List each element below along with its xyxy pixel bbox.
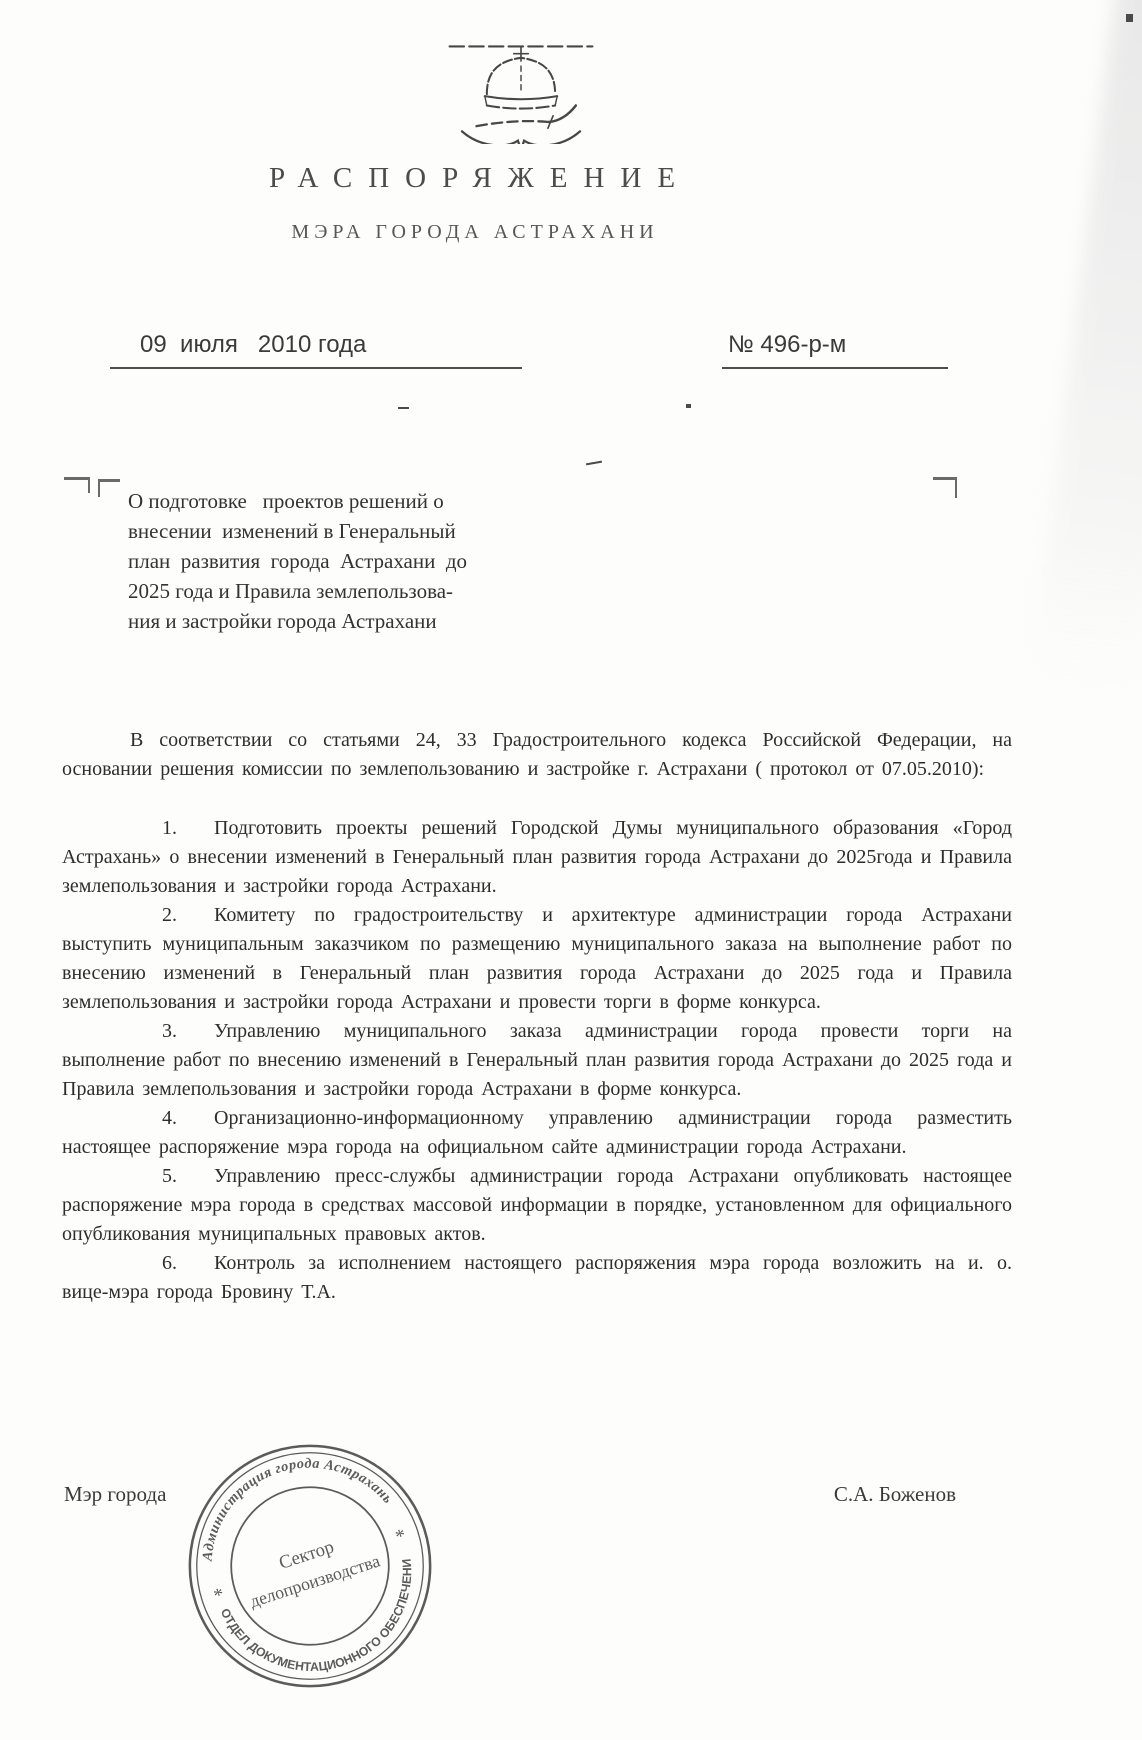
approval-stamp: Администрация города Астрахань ОТДЕЛ ДОК… bbox=[182, 1438, 438, 1694]
subject-line: внесении изменений в Генеральный bbox=[128, 516, 578, 546]
subject-line: план развития города Астрахани до bbox=[128, 546, 578, 576]
stamp-star: * bbox=[393, 1524, 409, 1548]
item-number: 5. bbox=[162, 1162, 214, 1191]
date-field: 09 июля 2010 года bbox=[110, 331, 522, 369]
doc-title: РАСПОРЯЖЕНИЕ bbox=[0, 162, 960, 195]
scan-streak bbox=[1032, 0, 1142, 684]
subject-line: О подготовке проектов решений о bbox=[128, 486, 578, 516]
item-number: 6. bbox=[162, 1249, 214, 1278]
signature-role: Мэр города bbox=[64, 1482, 166, 1507]
astrakhan-coat-of-arms-icon bbox=[433, 40, 609, 144]
item-number: 4. bbox=[162, 1104, 214, 1133]
scan-artifact bbox=[1126, 14, 1133, 22]
order-item: 2.Комитету по градостроительству и архит… bbox=[62, 901, 1012, 1017]
item-number: 2. bbox=[162, 901, 214, 930]
stamp-arc-bottom: ОТДЕЛ ДОКУМЕНТАЦИОННОГО ОБЕСПЕЧЕНИЯ bbox=[182, 1438, 438, 1694]
scan-artifact bbox=[64, 477, 90, 493]
subject-line: 2025 года и Правила землепользова- bbox=[128, 576, 578, 606]
item-number: 1. bbox=[162, 814, 214, 843]
scan-artifact bbox=[933, 477, 957, 498]
scan-artifact bbox=[586, 461, 602, 466]
document-page: РАСПОРЯЖЕНИЕ МЭРА ГОРОДА АСТРАХАНИ 09 ию… bbox=[0, 0, 1142, 1740]
subject-line: ния и застройки города Астрахани bbox=[128, 606, 578, 636]
order-item: 4.Организационно-информационному управле… bbox=[62, 1104, 1012, 1162]
doc-subtitle: МЭРА ГОРОДА АСТРАХАНИ bbox=[0, 221, 950, 244]
signature-name: С.А. Боженов bbox=[834, 1482, 956, 1507]
order-item: 5.Управлению пресс-службы администрации … bbox=[62, 1162, 1012, 1249]
document-body: В соответствии со статьями 24, 33 Градос… bbox=[62, 726, 1012, 1307]
scan-artifact bbox=[98, 479, 120, 497]
subject-block: О подготовке проектов решений о внесении… bbox=[128, 486, 578, 636]
scan-artifact bbox=[686, 404, 691, 408]
stamp-arc-top: Администрация города Астрахань bbox=[182, 1438, 398, 1567]
number-field: № 496-р-м bbox=[722, 331, 948, 369]
intro-paragraph: В соответствии со статьями 24, 33 Градос… bbox=[62, 726, 1012, 784]
item-number: 3. bbox=[162, 1017, 214, 1046]
order-item: 6.Контроль за исполнением настоящего рас… bbox=[62, 1249, 1012, 1307]
order-item: 3.Управлению муниципального заказа админ… bbox=[62, 1017, 1012, 1104]
scan-artifact bbox=[398, 407, 409, 409]
order-item: 1.Подготовить проекты решений Городской … bbox=[62, 814, 1012, 901]
stamp-star: * bbox=[211, 1583, 227, 1607]
